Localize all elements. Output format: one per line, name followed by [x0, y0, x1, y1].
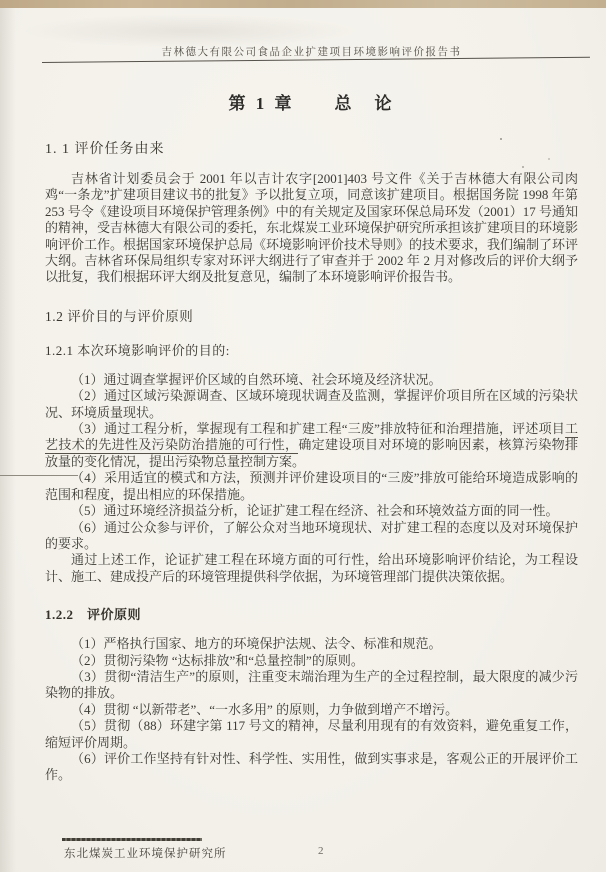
scanner-edge-strip	[0, 0, 606, 8]
principle-item-3: （3）贯彻“清洁生产”的原则，注重变末端治理为生产的全过程控制，最大限度的减少污…	[45, 669, 578, 702]
principle-item-5: （5）贯彻（88）环建字第 117 号文的精神，尽量利用现有的有效资料，避免重复…	[45, 718, 578, 751]
purpose-item-4: （4）采用适宜的模式和方法，预测并评价建设项目的“三废”排放可能给环境造成影响的…	[45, 470, 578, 503]
purpose-closing-para: 通过上述工作，论证扩建工程在环境方面的可行性，给出环境影响评价结论，为工程设计、…	[45, 552, 578, 585]
section-1-2-heading: 1.2 评价目的与评价原则	[45, 305, 578, 325]
purpose-item-3-pre: （3）通过工程分析，掌握现有工程和扩建工程“三废”排放特征和治理措施，评述项目	[71, 421, 565, 436]
purpose-item-6: （6）通过公众参与评价，了解公众对当地环境现状、对扩建工程的态度以及对环境保护的…	[45, 520, 578, 553]
section-1-2-1-heading: 1.2.1 本次环境影响评价的目的:	[45, 340, 578, 359]
footer-institute: 东北煤炭工业环境保护研究所	[64, 845, 227, 861]
section-1-2-2-heading: 1.2.2 评价原则	[45, 604, 578, 623]
principle-item-4: （4）贯彻 “以新带老”、“一水多用” 的原则，力争做到增产不增污。	[45, 702, 578, 718]
page-content: 吉林德大有限公司食品企业扩建项目环境影响评价报告书 第 1 章 总 论 1. 1…	[45, 8, 578, 784]
scan-left-shadow	[0, 8, 16, 872]
section-1-1-body: 吉林省计划委员会于 2001 年以吉计农字[2001]403 号文件《关于吉林德…	[45, 171, 578, 286]
principle-item-6: （6）评价工作坚持有针对性、科学性、实用性，做到实事求是，客观公正的开展评价工作…	[45, 751, 578, 784]
section-1-1-heading: 1. 1 评价任务由来	[45, 138, 578, 158]
purpose-list: （1）通过调查掌握评价区域的自然环境、社会环境及经济状况。 （2）通过区域污染源…	[45, 372, 578, 585]
principle-item-2: （2）贯彻污染物 “达标排放”和“总量控制”的原则。	[45, 653, 578, 669]
purpose-item-5: （5）通过环境经济损益分析，论证扩建工程在经济、社会和环境效益方面的同一性。	[45, 503, 578, 519]
footer-rule	[62, 838, 202, 841]
scanned-page: 吉林德大有限公司食品企业扩建项目环境影响评价报告书 第 1 章 总 论 1. 1…	[0, 8, 606, 872]
principles-list: （1）严格执行国家、地方的环境保护法规、法令、标准和规范。 （2）贯彻污染物 “…	[45, 636, 578, 784]
purpose-item-3: （3）通过工程分析，掌握现有工程和扩建工程“三废”排放特征和治理措施，评述项目工…	[45, 421, 578, 470]
page-number: 2	[318, 845, 324, 857]
purpose-item-2: （2）通过区域污染源调查、区域环境现状调查及监测，掌握评价项目所在区域的污染状况…	[45, 388, 578, 421]
purpose-item-1: （1）通过调查掌握评价区域的自然环境、社会环境及经济状况。	[45, 372, 578, 388]
chapter-title: 第 1 章 总 论	[45, 89, 578, 114]
scan-artifact-mark: 、	[430, 504, 442, 521]
para-task-origin: 吉林省计划委员会于 2001 年以吉计农字[2001]403 号文件《关于吉林德…	[45, 171, 578, 286]
principle-item-1: （1）严格执行国家、地方的环境保护法规、法令、标准和规范。	[45, 636, 578, 652]
scan-artifact-line	[0, 475, 78, 476]
